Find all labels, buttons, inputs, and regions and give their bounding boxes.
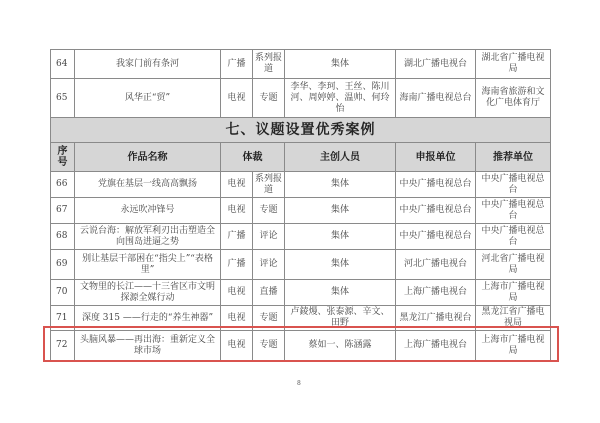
table-row: 65 风华正“贸” 电视 专题 李华、李珂、王丝、陈川河、周婷婷、温帅、何玲怡 … <box>51 79 551 118</box>
genre-cell: 系列报道 <box>253 50 285 79</box>
seq-cell: 70 <box>51 280 75 306</box>
recommender-cell: 上海市广播电视局 <box>476 280 551 306</box>
title-cell: 永远吹冲锋号 <box>75 198 221 224</box>
header-seq: 序号 <box>51 143 75 172</box>
creators-cell: 集体 <box>285 224 396 250</box>
document-page: 64 我家门前有条河 广播 系列报道 集体 湖北广播电视台 湖北省广播电视局 6… <box>0 0 600 423</box>
medium-cell: 广播 <box>221 50 253 79</box>
seq-cell: 67 <box>51 198 75 224</box>
title-cell: 别让基层干部困在“指尖上”“表格里” <box>75 250 221 280</box>
medium-cell: 电视 <box>221 280 253 306</box>
recommender-cell: 海南省旅游和文化广电体育厅 <box>476 79 551 118</box>
creators-cell: 集体 <box>285 50 396 79</box>
table-row: 66 党旗在基层一线高高飘扬 电视 系列报道 集体 中央广播电视总台 中央广播电… <box>51 172 551 198</box>
section-title: 七、议题设置优秀案例 <box>51 118 551 143</box>
title-cell: 风华正“贸” <box>75 79 221 118</box>
title-cell: 头脑风暴——再出海：重新定义全球市场 <box>75 331 221 361</box>
recommender-cell: 中央广播电视总台 <box>476 198 551 224</box>
creators-cell: 集体 <box>285 172 396 198</box>
table-row-highlighted: 72 头脑风暴——再出海：重新定义全球市场 电视 专题 蔡如一、陈涵露 上海广播… <box>51 331 551 361</box>
genre-cell: 专题 <box>253 198 285 224</box>
title-cell: 云说台海：解放军利刃出击塑造全向围岛进逼之势 <box>75 224 221 250</box>
header-genre: 体裁 <box>221 143 285 172</box>
medium-cell: 电视 <box>221 331 253 361</box>
creators-cell: 蔡如一、陈涵露 <box>285 331 396 361</box>
table-row: 69 别让基层干部困在“指尖上”“表格里” 广播 评论 集体 河北广播电视台 河… <box>51 250 551 280</box>
seq-cell: 65 <box>51 79 75 118</box>
title-cell: 深度 315 ——行走的“养生神器” <box>75 306 221 331</box>
title-cell: 我家门前有条河 <box>75 50 221 79</box>
genre-cell: 直播 <box>253 280 285 306</box>
title-cell: 文物里的长江——十三省区市文明探源全媒行动 <box>75 280 221 306</box>
header-title: 作品名称 <box>75 143 221 172</box>
recommender-cell: 上海市广播电视局 <box>476 331 551 361</box>
table-row: 64 我家门前有条河 广播 系列报道 集体 湖北广播电视台 湖北省广播电视局 <box>51 50 551 79</box>
header-creators: 主创人员 <box>285 143 396 172</box>
creators-cell: 集体 <box>285 198 396 224</box>
genre-cell: 专题 <box>253 306 285 331</box>
genre-cell: 专题 <box>253 79 285 118</box>
recommender-cell: 河北省广播电视局 <box>476 250 551 280</box>
table-row: 68 云说台海：解放军利刃出击塑造全向围岛进逼之势 广播 评论 集体 中央广播电… <box>51 224 551 250</box>
table-row: 71 深度 315 ——行走的“养生神器” 电视 专题 卢錂熳、张泰源、辛文、田… <box>51 306 551 331</box>
applicant-cell: 海南广播电视总台 <box>396 79 476 118</box>
header-applicant: 申报单位 <box>396 143 476 172</box>
creators-cell: 集体 <box>285 250 396 280</box>
recommender-cell: 中央广播电视总台 <box>476 172 551 198</box>
seq-cell: 68 <box>51 224 75 250</box>
header-recommender: 推荐单位 <box>476 143 551 172</box>
seq-cell: 72 <box>51 331 75 361</box>
medium-cell: 广播 <box>221 224 253 250</box>
table-row: 67 永远吹冲锋号 电视 专题 集体 中央广播电视总台 中央广播电视总台 <box>51 198 551 224</box>
awards-table: 64 我家门前有条河 广播 系列报道 集体 湖北广播电视台 湖北省广播电视局 6… <box>50 49 551 361</box>
applicant-cell: 中央广播电视总台 <box>396 224 476 250</box>
genre-cell: 评论 <box>253 224 285 250</box>
applicant-cell: 黑龙江广播电视台 <box>396 306 476 331</box>
medium-cell: 电视 <box>221 79 253 118</box>
medium-cell: 电视 <box>221 172 253 198</box>
medium-cell: 电视 <box>221 198 253 224</box>
table-row: 70 文物里的长江——十三省区市文明探源全媒行动 电视 直播 集体 上海广播电视… <box>51 280 551 306</box>
creators-cell: 集体 <box>285 280 396 306</box>
applicant-cell: 上海广播电视台 <box>396 280 476 306</box>
recommender-cell: 黑龙江省广播电视局 <box>476 306 551 331</box>
recommender-cell: 中央广播电视总台 <box>476 224 551 250</box>
medium-cell: 广播 <box>221 250 253 280</box>
applicant-cell: 湖北广播电视台 <box>396 50 476 79</box>
applicant-cell: 上海广播电视台 <box>396 331 476 361</box>
seq-cell: 69 <box>51 250 75 280</box>
applicant-cell: 中央广播电视总台 <box>396 172 476 198</box>
section-title-row: 七、议题设置优秀案例 <box>51 118 551 143</box>
applicant-cell: 中央广播电视总台 <box>396 198 476 224</box>
genre-cell: 系列报道 <box>253 172 285 198</box>
seq-cell: 64 <box>51 50 75 79</box>
header-row: 序号 作品名称 体裁 主创人员 申报单位 推荐单位 <box>51 143 551 172</box>
genre-cell: 评论 <box>253 250 285 280</box>
seq-cell: 66 <box>51 172 75 198</box>
creators-cell: 李华、李珂、王丝、陈川河、周婷婷、温帅、何玲怡 <box>285 79 396 118</box>
title-cell: 党旗在基层一线高高飘扬 <box>75 172 221 198</box>
recommender-cell: 湖北省广播电视局 <box>476 50 551 79</box>
seq-cell: 71 <box>51 306 75 331</box>
applicant-cell: 河北广播电视台 <box>396 250 476 280</box>
genre-cell: 专题 <box>253 331 285 361</box>
creators-cell: 卢錂熳、张泰源、辛文、田野 <box>285 306 396 331</box>
page-number: 8 <box>297 380 301 387</box>
medium-cell: 电视 <box>221 306 253 331</box>
